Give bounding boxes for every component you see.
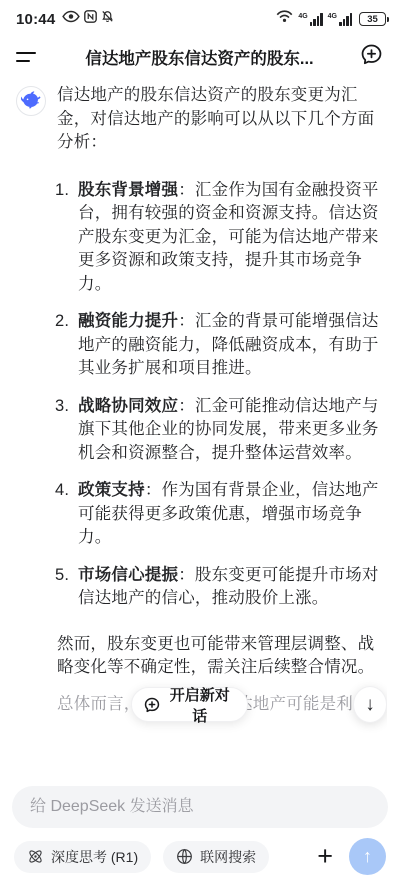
assistant-message-body: 信达地产的股东信达资产的股东变更为汇金，对信达地产的影响可以从以下几个方面分析：… (57, 84, 387, 724)
phone-screen: 10:44 4G 4G 35 (0, 0, 400, 880)
analysis-list: 1.股东背景增强：汇金作为国有金融投资平台，拥有较强的资金和资源支持。信达资产股… (57, 179, 387, 611)
chat-bubble-plus-icon (359, 42, 384, 72)
deep-think-toggle[interactable]: 深度思考 (R1) (14, 841, 151, 873)
app-header: 信达地产股东信达资产的股东... (0, 34, 400, 80)
list-number: 2. (55, 310, 69, 334)
attach-button[interactable]: + (315, 843, 335, 870)
clock: 10:44 (16, 11, 55, 28)
scroll-to-bottom-button[interactable]: ↓ (353, 686, 387, 723)
composer: 深度思考 (R1) 联网搜索 + ↑ (0, 784, 400, 880)
signal-icon-sim1: 4G (298, 13, 322, 26)
new-conversation-label: 开启新对话 (167, 684, 234, 726)
partial-text-right: 达地产可能是利 (236, 693, 353, 717)
status-bar-left: 10:44 (16, 10, 114, 28)
composer-toolbar: 深度思考 (R1) 联网搜索 + ↑ (12, 838, 388, 875)
web-search-label: 联网搜索 (200, 847, 256, 867)
wifi-icon (276, 10, 293, 28)
web-search-toggle[interactable]: 联网搜索 (163, 841, 269, 873)
list-number: 4. (55, 479, 69, 503)
eye-protection-icon (62, 10, 80, 28)
signal-icon-sim2: 4G (328, 13, 352, 26)
new-conversation-button[interactable]: 开启新对话 (131, 687, 249, 722)
menu-button[interactable] (16, 45, 40, 69)
list-item: 1.股东背景增强：汇金作为国有金融投资平台，拥有较强的资金和资源支持。信达资产股… (57, 179, 387, 297)
list-item: 2.融资能力提升：汇金的背景可能增强信达地产的融资能力，降低融资成本，有助于其业… (57, 310, 387, 381)
network-type-label: 4G (298, 13, 307, 20)
battery-percent: 35 (367, 14, 378, 25)
chat-scroll-area[interactable]: 信达地产的股东信达资产的股东变更为汇金，对信达地产的影响可以从以下几个方面分析：… (16, 84, 387, 780)
list-item: 5.市场信心提振：股东变更可能提升市场对信达地产的信心，推动股价上涨。 (57, 564, 387, 611)
plus-icon: + (317, 841, 333, 871)
down-arrow-icon: ↓ (365, 694, 375, 716)
composer-actions: + ↑ (315, 838, 386, 875)
list-item: 3.战略协同效应：汇金可能推动信达地产与旗下其他企业的协同发展，带来更多业务机会… (57, 395, 387, 466)
list-item-heading: 市场信心提振 (78, 566, 178, 584)
new-chat-button[interactable] (359, 42, 384, 72)
partial-text-left: 总体而言， (57, 693, 141, 717)
globe-icon (176, 848, 193, 865)
deepseek-avatar (16, 86, 46, 116)
list-item-heading: 融资能力提升 (78, 312, 178, 330)
list-item-heading: 战略协同效应 (78, 397, 178, 415)
list-item: 4.政策支持：作为国有背景企业，信达地产可能获得更多政策优惠，增强市场竞争力。 (57, 479, 387, 550)
nfc-icon (84, 10, 97, 28)
conversation-title: 信达地产股东信达资产的股东... (50, 45, 349, 69)
deep-think-label: 深度思考 (R1) (51, 847, 138, 867)
list-number: 1. (55, 179, 69, 203)
message-input[interactable] (12, 786, 388, 828)
status-bar-right: 4G 4G 35 (276, 10, 386, 28)
list-number: 5. (55, 564, 69, 588)
mute-icon (101, 10, 114, 28)
deepseek-whale-icon (21, 89, 41, 114)
atom-icon (27, 848, 44, 865)
send-arrow-icon: ↑ (363, 846, 372, 867)
message-intro: 信达地产的股东信达资产的股东变更为汇金，对信达地产的影响可以从以下几个方面分析： (57, 84, 387, 155)
assistant-message: 信达地产的股东信达资产的股东变更为汇金，对信达地产的影响可以从以下几个方面分析：… (16, 84, 387, 724)
battery-icon: 35 (359, 12, 386, 26)
status-bar: 10:44 4G 4G 35 (0, 0, 400, 34)
chat-bubble-plus-icon (143, 696, 161, 714)
list-item-heading: 政策支持 (78, 481, 145, 499)
message-caveat: 然而，股东变更也可能带来管理层调整、战略变化等不确定性，需关注后续整合情况。 (57, 633, 387, 680)
send-button[interactable]: ↑ (349, 838, 386, 875)
list-number: 3. (55, 395, 69, 419)
list-item-heading: 股东背景增强 (78, 181, 178, 199)
bottom-overlay-row: 总体而言， 开启新对话 达地产可能是利 ↓ (57, 686, 387, 724)
network-type-label: 4G (328, 13, 337, 20)
